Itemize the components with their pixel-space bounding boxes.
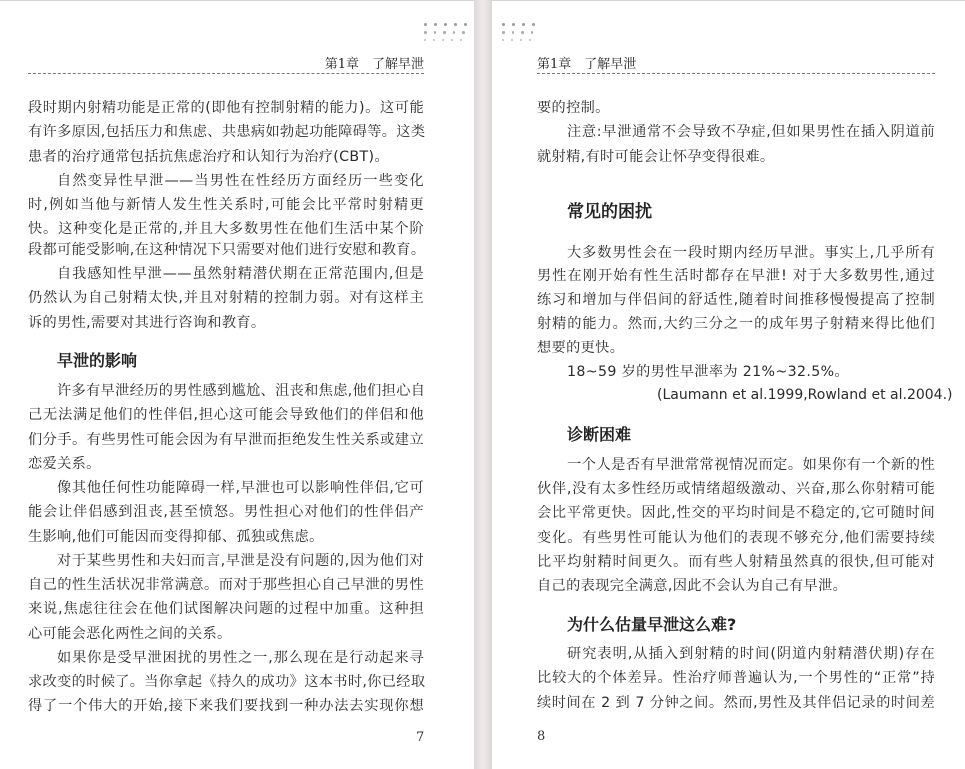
text-line: 快。这种变化是正常的,并且大多数男性在他们生活中某个阶 (28, 220, 424, 238)
section-heading: 早泄的影响 (57, 348, 137, 371)
text-line: 变化。有些男性可能认为他们的表现不够充分,他们需要持续 (537, 529, 935, 547)
header-rule (28, 73, 424, 74)
text-line: 比较大的个体差异。性治疗师普遍认为,一个男性的“正常”持 (537, 669, 935, 687)
text-line: 18~59 岁的男性早泄率为 21%~32.5%。 (567, 363, 849, 381)
text-line: 能会让伴侣感到沮丧,甚至愤怒。男性担心对他们的性伴侣产 (28, 503, 424, 521)
text-line: 续时间在 2 到 7 分钟之间。然而,男性及其伴侣记录的时间差 (537, 694, 935, 712)
text-line: 生影响,他们可能因而变得抑郁、孤独或焦虑。 (28, 528, 324, 546)
section-heading: 为什么估量早泄这么难? (567, 612, 736, 635)
text-line: 段时期内射精功能是正常的(即他有控制射精的能力)。这可能 (28, 99, 424, 117)
text-line: 男性在刚开始有性生活时都存在早泄! 对于大多数男性,通过 (537, 267, 935, 285)
text-line: 许多有早泄经历的男性感到尴尬、沮丧和焦虑,他们担心自 (57, 382, 424, 400)
text-line: 研究表明,从插入到射精的时间(阴道内射精潜伏期)存在 (567, 645, 935, 663)
text-line: 要的控制。 (537, 99, 610, 117)
text-line: 射精的能力。然而,大约三分之一的成年男子射精来得比他们 (537, 315, 935, 333)
text-line: 会比平常更快。因此,性交的平均时间是不稳定的,它可随时间 (537, 504, 935, 522)
text-line: 诉的男性,需要对其进行咨询和教育。 (28, 314, 265, 332)
text-line: 自我感知性早泄——虽然射精潜伏期在正常范围内,但是 (57, 265, 424, 283)
text-line: 伙伴,没有太多性经历或情绪超级激动、兴奋,那么你射精可能 (537, 480, 935, 498)
text-line: 对于某些男性和夫妇而言,早泄是没有问题的,因为他们对 (57, 552, 424, 570)
text-line: 段都可能受影响,在这种情况下只需要对他们进行安慰和教育。 (28, 241, 424, 259)
text-line: 来说,焦虑往往会在他们试图解决问题的过程中加重。这种担 (28, 600, 424, 618)
text-line: 就射精,有时可能会让怀孕变得很难。 (537, 148, 774, 166)
right-page: 第1章 了解早泄 要的控制。 注意:早泄通常不会导致不孕症,但如果男性在插入阴道… (492, 0, 965, 769)
text-line: 有许多原因,包括压力和焦虑、共患病如勃起功能障碍等。这类 (28, 123, 424, 141)
page-number: 8 (537, 729, 545, 744)
header-rule (537, 73, 935, 74)
book-gutter (474, 0, 492, 769)
text-line: 大多数男性会在一段时期内经历早泄。事实上,几乎所有 (567, 244, 935, 262)
text-line: 一个人是否有早泄常常视情况而定。如果你有一个新的性 (567, 456, 935, 474)
text-line: 仍然认为自己射精太快,并且对射精的控制力弱。对有这样主 (28, 289, 424, 307)
text-line: 像其他任何性功能障碍一样,早泄也可以影响性伴侣,它可 (57, 479, 424, 497)
text-line: 患者的治疗通常包括抗焦虑治疗和认知行为治疗(CBT)。 (28, 148, 389, 166)
text-line: 己无法满足他们的性伴侣,担心这可能会导致他们的伴侣和他 (28, 406, 424, 424)
section-heading: 诊断困难 (567, 422, 631, 445)
running-head: 第1章 了解早泄 (325, 53, 424, 72)
text-line: 恋爱关系。 (28, 455, 101, 473)
text-line: 比平均射精时间更久。而有些人射精虽然真的很快,但可能对 (537, 553, 935, 571)
text-line: 注意:早泄通常不会导致不孕症,但如果男性在插入阴道前 (567, 123, 935, 141)
text-line: 自己的性生活状况非常满意。而对于那些担心自己早泄的男性 (28, 576, 424, 594)
decorative-dots-icon (424, 23, 467, 46)
text-line: 自然变异性早泄——当男性在性经历方面经历一些变化 (57, 172, 424, 190)
left-page: 第1章 了解早泄 段时期内射精功能是正常的(即他有控制射精的能力)。这可能 有许… (0, 0, 474, 769)
text-line: 得了一个伟大的开始,接下来我们要找到一种办法去实现你想 (28, 697, 424, 715)
section-heading: 常见的困扰 (567, 197, 652, 222)
text-line: 自己的表现完全满意,因此不会认为自己有早泄。 (537, 577, 847, 595)
text-line: 想要的更快。 (537, 339, 624, 357)
citation: (Laumann et al.1999,Rowland et al.2004.) (657, 387, 952, 403)
text-line: 心可能会恶化两性之间的关系。 (28, 625, 232, 643)
text-line: 时,例如当他与新情人发生性关系时,可能会比平常时射精更 (28, 196, 424, 214)
text-line: 们分手。有些男性可能会因为有早泄而拒绝发生性关系或建立 (28, 431, 424, 449)
text-line: 如果你是受早泄困扰的男性之一,那么现在是行动起来寻 (57, 649, 424, 667)
text-line: 求改变的时候了。当你拿起《持久的成功》这本书时,你已经取 (28, 673, 424, 691)
running-head: 第1章 了解早泄 (537, 53, 636, 72)
text-line: 练习和增加与伴侣间的舒适性,随着时间推移慢慢提高了控制 (537, 291, 935, 309)
decorative-dots-icon (502, 23, 535, 46)
page-number: 7 (416, 730, 424, 745)
